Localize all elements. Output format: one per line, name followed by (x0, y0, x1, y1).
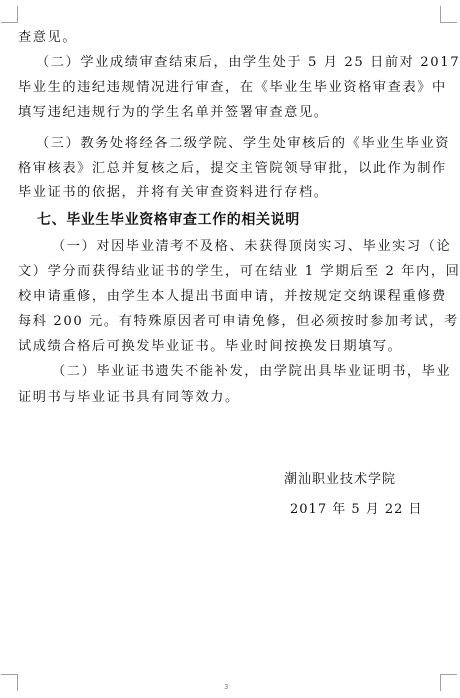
section-heading: 七、毕业生毕业资格审查工作的相关说明 (37, 211, 300, 229)
crop-mark-bottom-left (1, 674, 18, 691)
text-line: 文）学分而获得结业证书的学生，可在结业 1 学期后至 2 年内，回 (18, 263, 440, 281)
text-line: 毕业生的违纪违规情况进行审查，在《毕业生毕业资格审查表》中 (18, 79, 440, 97)
crop-mark-top-left (1, 6, 18, 23)
text-line: （二）学业成绩审查结束后，由学生处于 5 月 25 日前对 2017 届 (36, 54, 440, 72)
text-line: 填写违纪违规行为的学生名单并签署审查意见。 (18, 104, 440, 122)
text-line: 毕业证书的依据，并将有关审查资料进行存档。 (18, 184, 440, 202)
text-line: 查意见。 (18, 29, 440, 47)
text-line: （三）教务处将经各二级学院、学生处审核后的《毕业生毕业资 (36, 135, 440, 153)
text-line: （二）毕业证书遗失不能补发，由学院出具毕业证明书，毕业 (52, 363, 440, 381)
text-line: 试成绩合格后可换发毕业证书。毕业时间按换发日期填写。 (18, 338, 440, 356)
text-line: 每科 200 元。有特殊原因者可申请免修，但必须按时参加考试，考 (18, 313, 440, 331)
text-line: 证明书与毕业证书具有同等效力。 (18, 389, 440, 407)
text-line: 校申请重修，由学生本人提出书面申请，并按规定交纳课程重修费 (18, 288, 440, 306)
crop-mark-top-right (440, 6, 457, 23)
text-line: 格审核表》汇总并复核之后，提交主管院领导审批，以此作为制作 (18, 160, 440, 178)
text-line: （一）对因毕业清考不及格、未获得顶岗实习、毕业实习（论 (52, 238, 440, 256)
signature-date: 2017 年 5 月 22 日 (290, 501, 423, 519)
page-number: 3 (224, 683, 228, 691)
crop-mark-bottom-right (440, 674, 457, 691)
signature-institution: 潮汕职业技术学院 (284, 471, 396, 489)
